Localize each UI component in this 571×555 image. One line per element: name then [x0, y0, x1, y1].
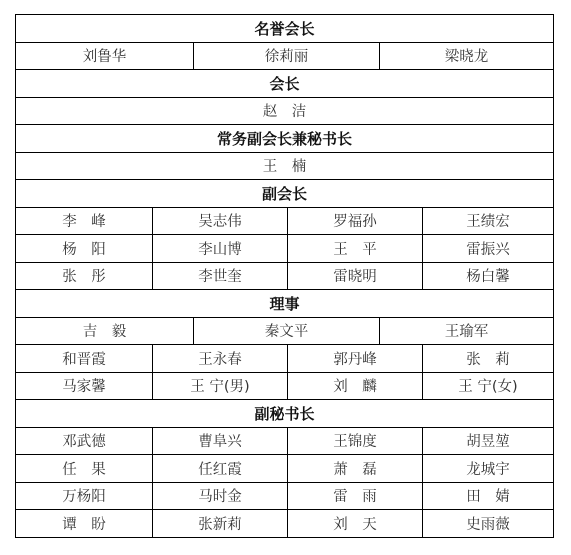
name-cell: 龙城宇	[422, 455, 553, 482]
name-cell: 李山博	[152, 235, 287, 262]
vice-presidents-row: 张 彤 李世奎 雷晓明 杨白馨	[15, 262, 554, 290]
name-cell: 刘 麟	[287, 373, 422, 400]
directors-row: 和晋霞 王永春 郭丹峰 张 莉	[15, 344, 554, 372]
name-cell: 雷振兴	[422, 235, 553, 262]
name-cell: 王 宁(男)	[152, 373, 287, 400]
directors-row: 吉 毅 秦文平 王瑜军	[15, 317, 554, 345]
name-cell: 张新莉	[152, 510, 287, 537]
name-cell: 李 峰	[16, 208, 152, 235]
name-cell: 胡昱堃	[422, 428, 553, 455]
name-cell: 刘 天	[287, 510, 422, 537]
name-cell: 雷 雨	[287, 483, 422, 510]
name-cell: 万杨阳	[16, 483, 152, 510]
name-cell: 史雨薇	[422, 510, 553, 537]
name-cell: 邓武德	[16, 428, 152, 455]
name-cell: 杨白馨	[422, 263, 553, 290]
name-cell: 吉 毅	[16, 318, 193, 345]
name-cell: 李世奎	[152, 263, 287, 290]
name-cell: 雷晓明	[287, 263, 422, 290]
section-title: 理事	[16, 290, 553, 317]
name-cell: 赵 洁	[16, 98, 553, 125]
name-cell: 萧 磊	[287, 455, 422, 482]
section-title: 副秘书长	[16, 400, 553, 427]
name-cell: 王瑜军	[379, 318, 553, 345]
name-cell: 徐莉丽	[193, 43, 379, 70]
name-cell: 梁晓龙	[379, 43, 553, 70]
section-header-deputy-secretaries: 副秘书长	[15, 399, 554, 427]
name-cell: 张 彤	[16, 263, 152, 290]
section-header-directors: 理事	[15, 289, 554, 317]
name-cell: 王绩宏	[422, 208, 553, 235]
name-cell: 王 平	[287, 235, 422, 262]
section-title: 会长	[16, 70, 553, 97]
name-cell: 秦文平	[193, 318, 379, 345]
organization-roster-table: 名誉会长 刘鲁华 徐莉丽 梁晓龙 会长 赵 洁 常务副会长兼秘书长 王 楠 副会…	[15, 14, 554, 538]
name-cell: 王永春	[152, 345, 287, 372]
executive-vp-row: 王 楠	[15, 152, 554, 180]
name-cell: 王 宁(女)	[422, 373, 553, 400]
name-cell: 任 果	[16, 455, 152, 482]
deputy-secretaries-row: 万杨阳 马时金 雷 雨 田 婧	[15, 482, 554, 510]
name-cell: 王 楠	[16, 153, 553, 180]
honorary-president-row: 刘鲁华 徐莉丽 梁晓龙	[15, 42, 554, 70]
name-cell: 郭丹峰	[287, 345, 422, 372]
deputy-secretaries-row: 谭 盼 张新莉 刘 天 史雨薇	[15, 509, 554, 538]
section-title: 副会长	[16, 180, 553, 207]
name-cell: 和晋霞	[16, 345, 152, 372]
name-cell: 吴志伟	[152, 208, 287, 235]
section-title: 常务副会长兼秘书长	[16, 125, 553, 152]
name-cell: 罗福孙	[287, 208, 422, 235]
name-cell: 王锦度	[287, 428, 422, 455]
name-cell: 谭 盼	[16, 510, 152, 537]
directors-row: 马家馨 王 宁(男) 刘 麟 王 宁(女)	[15, 372, 554, 400]
name-cell: 张 莉	[422, 345, 553, 372]
name-cell: 刘鲁华	[16, 43, 193, 70]
name-cell: 马时金	[152, 483, 287, 510]
section-header-honorary-president: 名誉会长	[15, 14, 554, 42]
deputy-secretaries-row: 任 果 任红霞 萧 磊 龙城宇	[15, 454, 554, 482]
section-header-vice-presidents: 副会长	[15, 179, 554, 207]
name-cell: 任红霞	[152, 455, 287, 482]
name-cell: 田 婧	[422, 483, 553, 510]
vice-presidents-row: 李 峰 吴志伟 罗福孙 王绩宏	[15, 207, 554, 235]
name-cell: 马家馨	[16, 373, 152, 400]
name-cell: 杨 阳	[16, 235, 152, 262]
vice-presidents-row: 杨 阳 李山博 王 平 雷振兴	[15, 234, 554, 262]
deputy-secretaries-row: 邓武德 曹阜兴 王锦度 胡昱堃	[15, 427, 554, 455]
section-header-executive-vp: 常务副会长兼秘书长	[15, 124, 554, 152]
president-row: 赵 洁	[15, 97, 554, 125]
section-title: 名誉会长	[16, 15, 553, 42]
section-header-president: 会长	[15, 69, 554, 97]
name-cell: 曹阜兴	[152, 428, 287, 455]
